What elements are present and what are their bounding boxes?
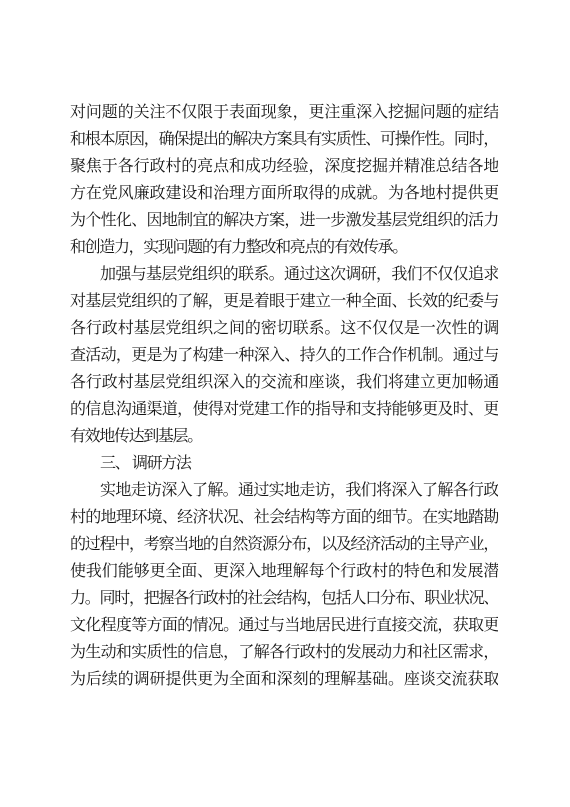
document-body: 对问题的关注不仅限于表面现象，更注重深入挖掘问题的症结 和根本原因，确保提出的解… <box>70 99 498 693</box>
document-page: 对问题的关注不仅限于表面现象，更注重深入挖掘问题的症结 和根本原因，确保提出的解… <box>0 0 570 807</box>
text-line: 查活动，更是为了构建一种深入、持久的工作合作机制。通过与 <box>70 342 498 369</box>
text-line: 聚焦于各行政村的亮点和成功经验，深度挖掘并精准总结各地 <box>70 153 498 180</box>
text-line: 实地走访深入了解。通过实地走访，我们将深入了解各行政 <box>70 477 498 504</box>
text-line: 的过程中，考察当地的自然资源分布，以及经济活动的主导产业， <box>70 531 498 558</box>
text-line: 文化程度等方面的情况。通过与当地居民进行直接交流，获取更 <box>70 612 498 639</box>
text-line: 各行政村基层党组织深入的交流和座谈，我们将建立更加畅通 <box>70 369 498 396</box>
text-line: 为个性化、因地制宜的解决方案，进一步激发基层党组织的活力 <box>70 207 498 234</box>
text-line: 为生动和实质性的信息，了解各行政村的发展动力和社区需求， <box>70 639 498 666</box>
text-line: 加强与基层党组织的联系。通过这次调研，我们不仅仅追求 <box>70 261 498 288</box>
text-line: 对问题的关注不仅限于表面现象，更注重深入挖掘问题的症结 <box>70 99 498 126</box>
text-line: 力。同时，把握各行政村的社会结构，包括人口分布、职业状况、 <box>70 585 498 612</box>
text-line: 为后续的调研提供更为全面和深刻的理解基础。座谈交流获取 <box>70 666 498 693</box>
section-heading-research-methods: 三、 调研方法 <box>70 450 498 477</box>
text-line: 和创造力，实现问题的有力整改和亮点的有效传承。 <box>70 234 498 261</box>
paragraph-continuation: 对问题的关注不仅限于表面现象，更注重深入挖掘问题的症结 和根本原因，确保提出的解… <box>70 99 498 261</box>
text-line: 村的地理环境、经济状况、社会结构等方面的细节。在实地踏勘 <box>70 504 498 531</box>
text-line: 方在党风廉政建设和治理方面所取得的成就。为各地村提供更 <box>70 180 498 207</box>
text-line: 和根本原因，确保提出的解决方案具有实质性、可操作性。同时， <box>70 126 498 153</box>
section-heading-text: 三、 调研方法 <box>70 450 498 477</box>
text-line: 各行政村基层党组织之间的密切联系。这不仅仅是一次性的调 <box>70 315 498 342</box>
text-line: 有效地传达到基层。 <box>70 423 498 450</box>
paragraph-field-visits: 实地走访深入了解。通过实地走访，我们将深入了解各行政 村的地理环境、经济状况、社… <box>70 477 498 693</box>
text-line: 使我们能够更全面、更深入地理解每个行政村的特色和发展潜 <box>70 558 498 585</box>
paragraph-party-organization-contact: 加强与基层党组织的联系。通过这次调研，我们不仅仅追求 对基层党组织的了解，更是着… <box>70 261 498 450</box>
text-line: 的信息沟通渠道，使得对党建工作的指导和支持能够更及时、更 <box>70 396 498 423</box>
text-line: 对基层党组织的了解，更是着眼于建立一种全面、长效的纪委与 <box>70 288 498 315</box>
